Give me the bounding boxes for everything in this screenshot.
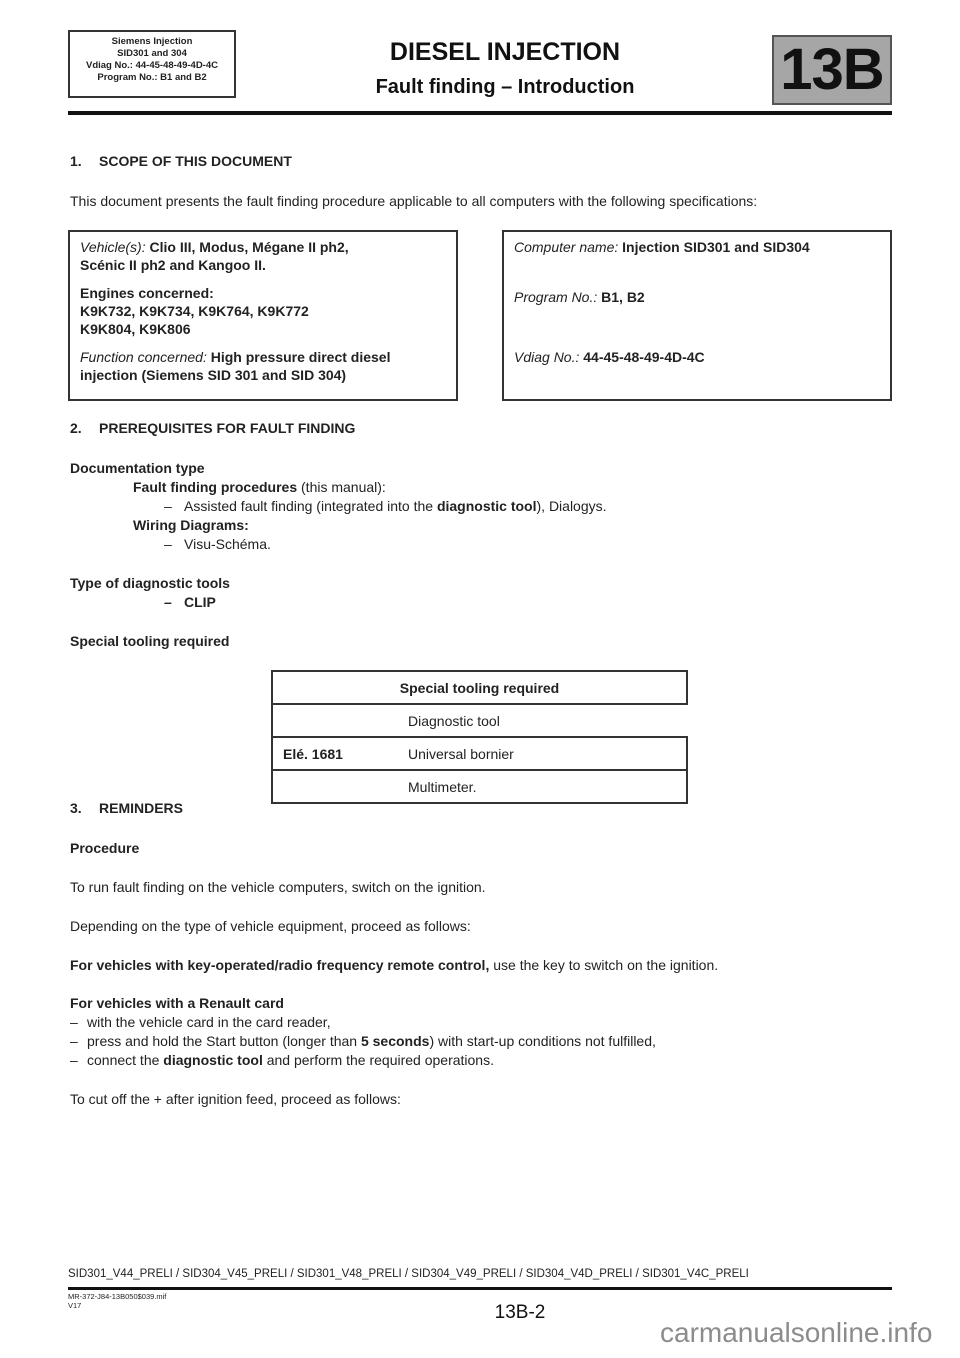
- engines-list-2: K9K804, K9K806: [80, 320, 446, 338]
- card-item-text-end: ) with start-up conditions not fulfilled…: [429, 1033, 655, 1049]
- duration-term: 5 seconds: [361, 1033, 429, 1049]
- section-3-heading: 3.REMINDERS: [70, 800, 183, 816]
- file-name: MR-372-J84-13B050$039.mif: [68, 1292, 166, 1301]
- dash: –: [164, 535, 184, 553]
- header-divider: [68, 111, 892, 115]
- function-value-2: injection (Siemens SID 301 and SID 304): [80, 366, 446, 384]
- section-title: REMINDERS: [99, 800, 183, 816]
- fault-proc-line: Fault finding procedures (this manual):: [133, 478, 386, 496]
- table-header-row: Special tooling required: [272, 671, 687, 704]
- key-vehicles-para: For vehicles with key-operated/radio fre…: [70, 956, 718, 974]
- card-item-3: –connect the diagnostic tool and perform…: [70, 1051, 494, 1069]
- procedure-heading: Procedure: [70, 839, 139, 857]
- special-tooling-table: Special tooling required Diagnostic tool…: [271, 670, 688, 804]
- key-vehicles-bold: For vehicles with key-operated/radio fre…: [70, 957, 489, 973]
- key-vehicles-rest: use the key to switch on the ignition.: [489, 957, 718, 973]
- card-item-2: –press and hold the Start button (longer…: [70, 1032, 656, 1050]
- file-version: V17: [68, 1301, 166, 1310]
- card-heading: For vehicles with a Renault card: [70, 994, 284, 1012]
- card-item-text: with the vehicle card in the card reader…: [87, 1014, 331, 1030]
- info-line: Siemens Injection: [70, 36, 234, 48]
- page-subtitle: Fault finding – Introduction: [240, 76, 770, 99]
- table-row: Multimeter.: [272, 770, 687, 803]
- section-number: 2.: [70, 420, 99, 436]
- dash: –: [164, 497, 184, 515]
- tools-item-text: CLIP: [184, 594, 216, 610]
- info-line: Program No.: B1 and B2: [70, 72, 234, 84]
- assisted-line: –Assisted fault finding (integrated into…: [164, 497, 607, 515]
- card-item-text: connect the: [87, 1052, 163, 1068]
- computer-value: Injection SID301 and SID304: [622, 239, 810, 255]
- card-item-text: press and hold the Start button (longer …: [87, 1033, 361, 1049]
- assisted-text: Assisted fault finding (integrated into …: [184, 498, 437, 514]
- function-label: Function concerned:: [80, 349, 207, 365]
- program-label: Program No.:: [514, 289, 597, 305]
- vdiag-label: Vdiag No.:: [514, 349, 579, 365]
- doc-type-heading: Documentation type: [70, 459, 205, 477]
- wiring-heading: Wiring Diagrams:: [133, 516, 249, 534]
- engines-list-1: K9K732, K9K734, K9K764, K9K772: [80, 302, 446, 320]
- section-1-heading: 1.SCOPE OF THIS DOCUMENT: [70, 153, 292, 169]
- section-number: 1.: [70, 153, 99, 169]
- function-value: High pressure direct diesel: [211, 349, 391, 365]
- engines-label: Engines concerned:: [80, 284, 446, 302]
- tools-item: –CLIP: [164, 593, 216, 611]
- footer-version-codes: SID301_V44_PRELI / SID304_V45_PRELI / SI…: [68, 1268, 749, 1280]
- special-tooling-heading: Special tooling required: [70, 632, 229, 650]
- table-row: Diagnostic tool: [272, 704, 687, 737]
- computer-label: Computer name:: [514, 239, 618, 255]
- header-info-box: Siemens Injection SID301 and 304 Vdiag N…: [68, 30, 236, 98]
- fault-proc-bold: Fault finding procedures: [133, 479, 297, 495]
- wiring-item: –Visu-Schéma.: [164, 535, 271, 553]
- fault-proc-rest: (this manual):: [297, 479, 386, 495]
- tool-name: Multimeter.: [408, 779, 476, 795]
- diagnostic-tool-term: diagnostic tool: [437, 498, 537, 514]
- card-item-1: –with the vehicle card in the card reade…: [70, 1013, 331, 1031]
- section-2-heading: 2.PREREQUISITES FOR FAULT FINDING: [70, 420, 355, 436]
- tool-name: Diagnostic tool: [408, 713, 500, 729]
- page-number: 13B-2: [440, 1302, 600, 1324]
- spec-box-computer: Computer name: Injection SID301 and SID3…: [502, 230, 892, 401]
- diagnostic-tool-term: diagnostic tool: [163, 1052, 263, 1068]
- info-line: SID301 and 304: [70, 48, 234, 60]
- vehicles-value: Clio III, Modus, Mégane II ph2,: [150, 239, 349, 255]
- section-number: 3.: [70, 800, 99, 816]
- vehicles-value-2: Scénic II ph2 and Kangoo II.: [80, 256, 446, 274]
- assisted-text-end: ), Dialogys.: [537, 498, 607, 514]
- watermark: carmanualsonline.info: [660, 1317, 932, 1349]
- page-title: DIESEL INJECTION: [240, 38, 770, 67]
- dash: –: [70, 1051, 87, 1069]
- scope-intro: This document presents the fault finding…: [70, 192, 757, 210]
- wiring-item-text: Visu-Schéma.: [184, 536, 271, 552]
- dash: –: [164, 593, 184, 611]
- info-line: Vdiag No.: 44-45-48-49-4D-4C: [70, 60, 234, 72]
- procedure-para-2: Depending on the type of vehicle equipme…: [70, 917, 471, 935]
- table-header: Special tooling required: [272, 671, 687, 704]
- table-row: Elé. 1681Universal bornier: [272, 737, 687, 770]
- vehicles-label: Vehicle(s):: [80, 239, 146, 255]
- section-title: PREREQUISITES FOR FAULT FINDING: [99, 420, 355, 436]
- tools-heading: Type of diagnostic tools: [70, 574, 230, 592]
- section-code-badge: 13B: [772, 35, 892, 105]
- vdiag-value: 44-45-48-49-4D-4C: [583, 349, 704, 365]
- tool-name: Universal bornier: [408, 746, 514, 762]
- cutoff-para: To cut off the + after ignition feed, pr…: [70, 1090, 401, 1108]
- footer-divider: [68, 1287, 892, 1290]
- section-title: SCOPE OF THIS DOCUMENT: [99, 153, 292, 169]
- card-item-text-end: and perform the required operations.: [263, 1052, 494, 1068]
- dash: –: [70, 1013, 87, 1031]
- tool-ref: Elé. 1681: [283, 746, 408, 762]
- dash: –: [70, 1032, 87, 1050]
- spec-box-vehicles: Vehicle(s): Clio III, Modus, Mégane II p…: [68, 230, 458, 401]
- procedure-para-1: To run fault finding on the vehicle comp…: [70, 878, 486, 896]
- footer-file-info: MR-372-J84-13B050$039.mif V17: [68, 1292, 166, 1310]
- program-value: B1, B2: [601, 289, 645, 305]
